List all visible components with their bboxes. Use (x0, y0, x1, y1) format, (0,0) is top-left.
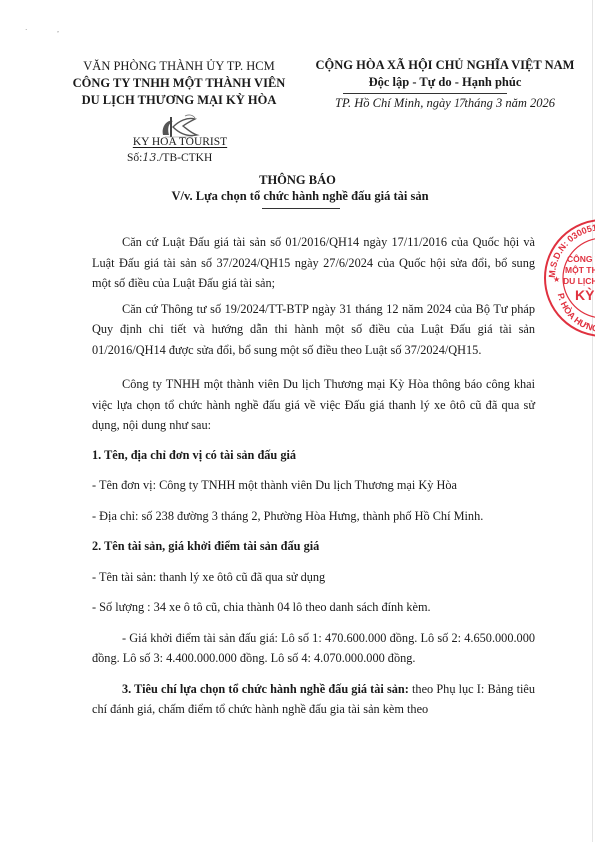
motto-underline (343, 93, 507, 94)
document-title: THÔNG BÁO (0, 172, 595, 188)
national-motto: Độc lập - Tự do - Hạnh phúc (300, 74, 590, 91)
announcement-paragraph: Công ty TNHH một thành viên Du lịch Thươ… (92, 374, 535, 436)
unit-address: - Địa chỉ: số 238 đường 3 tháng 2, Phườn… (92, 506, 535, 527)
date-day-handwritten: 17 (454, 96, 465, 110)
svg-text:★: ★ (553, 275, 560, 284)
asset-quantity: - Số lượng : 34 xe ô tô cũ, chia thành 0… (92, 597, 535, 618)
date-prefix: TP. Hồ Chí Minh, ngày (335, 96, 454, 110)
scan-artifact: · , (25, 26, 73, 34)
doc-number-handwritten: 13 (142, 151, 156, 164)
asset-name: - Tên tài sản: thanh lý xe ôtô cũ đã qua… (92, 567, 535, 588)
parent-organization: VĂN PHÒNG THÀNH ỦY TP. HCM (68, 58, 290, 75)
document-number: Số:13./TB-CTKH (127, 151, 212, 165)
starting-price: - Giá khởi điểm tài sản đấu giá: Lô số 1… (92, 628, 535, 669)
document-page: · , VĂN PHÒNG THÀNH ỦY TP. HCM CÔNG TY T… (0, 0, 595, 842)
legal-basis-paragraph-1: Căn cứ Luật Đấu giá tài sản số 01/2016/Q… (92, 232, 535, 294)
logo-wordmark: KY HOA TOURIST (120, 135, 240, 149)
svg-text:MỘT TH: MỘT TH (565, 264, 595, 275)
company-seal-stamp-icon: M.S.D.N: 030051 P. HÒA HƯNG - ★ CÔNG T M… (541, 216, 595, 340)
place-and-date: TP. Hồ Chí Minh, ngày 17tháng 3 năm 2026 (300, 95, 590, 112)
date-suffix: tháng 3 năm 2026 (464, 96, 555, 110)
svg-text:CÔNG T: CÔNG T (567, 253, 595, 264)
company-name-line1: CÔNG TY TNHH MỘT THÀNH VIÊN (68, 75, 290, 92)
unit-name: - Tên đơn vị: Công ty TNHH một thành viê… (92, 475, 535, 496)
legal-basis-paragraph-2: Căn cứ Thông tư số 19/2024/TT-BTP ngày 3… (92, 299, 535, 361)
svg-text:DU LỊCH T: DU LỊCH T (563, 276, 595, 286)
section-3: 3. Tiêu chí lựa chọn tổ chức hành nghề đ… (92, 679, 535, 720)
scan-edge (592, 0, 593, 842)
svg-text:KỲ: KỲ (575, 286, 595, 303)
document-body: Căn cứ Luật Đấu giá tài sản số 01/2016/Q… (92, 232, 535, 720)
document-subject: V/v. Lựa chọn tổ chức hành nghề đấu giá … (100, 188, 500, 204)
section-2-heading: 2. Tên tài sản, giá khởi điểm tài sản đấ… (92, 536, 535, 557)
doc-number-label: Số: (127, 152, 142, 164)
national-title: CỘNG HÒA XÃ HỘI CHỦ NGHĨA VIỆT NAM (300, 57, 590, 74)
section-1-heading: 1. Tên, địa chỉ đơn vị có tài sản đấu gi… (92, 445, 535, 466)
company-name-line2: DU LỊCH THƯƠNG MẠI KỲ HÒA (68, 92, 290, 109)
doc-number-code: ./TB-CTKH (156, 152, 212, 164)
section-3-heading: 3. Tiêu chí lựa chọn tổ chức hành nghề đ… (122, 682, 409, 696)
subject-underline (262, 208, 340, 209)
